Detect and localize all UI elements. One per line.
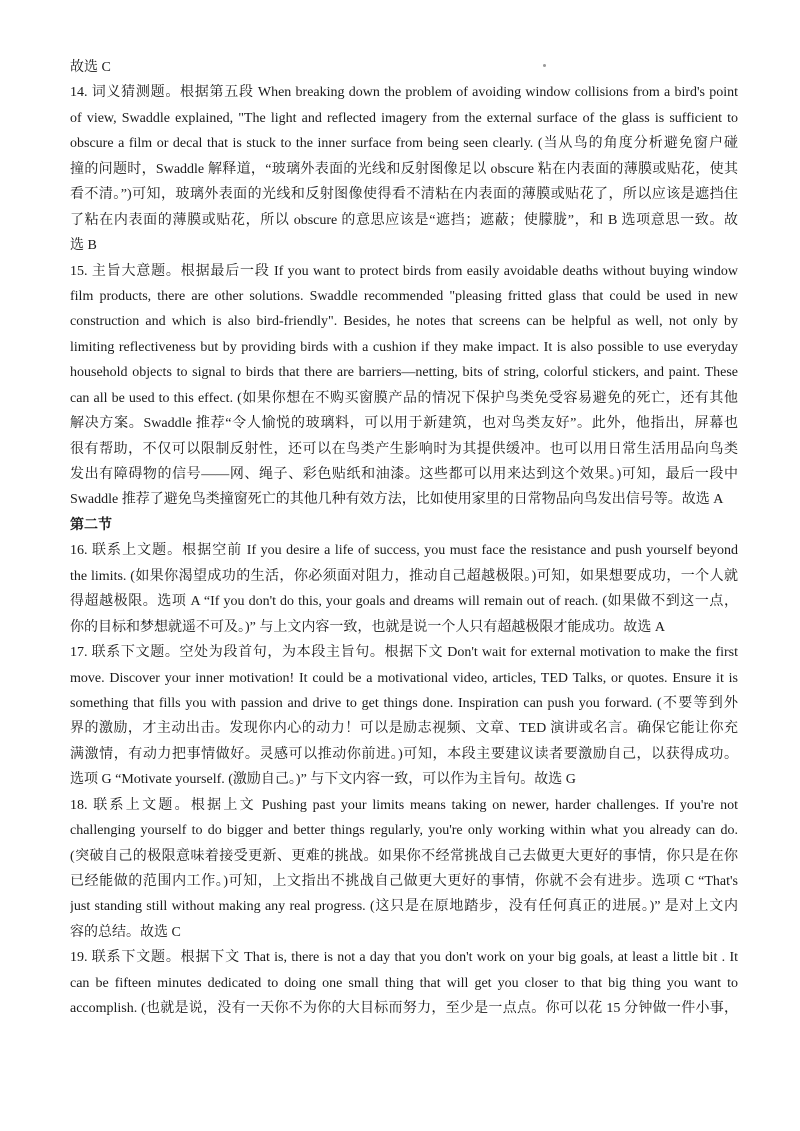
item-14-explanation: 14. 词义猜测题。根据第五段 When breaking down the p… [70,80,738,258]
item-15-explanation: 15. 主旨大意题。根据最后一段 If you want to protect … [70,259,738,513]
text-line: limiting reflectiveness but by providing… [70,335,738,360]
document-content: 故选 C14. 词义猜测题。根据第五段 When breaking down t… [70,55,738,1022]
document-page: 故选 C14. 词义猜测题。根据第五段 When breaking down t… [0,0,800,1131]
text-line: 第二节 [70,513,738,538]
item-18-explanation: 18. 联系上文题。根据上文 Pushing past your limits … [70,793,738,946]
section-2-heading: 第二节 [70,513,738,538]
text-line: (突破自己的极限意味着接受更新、更难的挑战。如果你不经常挑战自己去做更大更好的事… [70,844,738,869]
text-line: 已经能做的范围内工作。)可知，上文指出不挑战自己做更大更好的事情，你就不会有进步… [70,869,738,894]
text-line: 17. 联系下文题。空处为段首句，为本段主旨句。根据下文 Don't wait … [70,640,738,665]
text-line: 16. 联系上文题。根据空前 If you desire a life of s… [70,538,738,563]
text-line: 了粘在内表面的薄膜或贴花，所以 obscure 的意思应该是“遮挡；遮蔽；使朦胧… [70,208,738,233]
text-line: Swaddle 推荐了避免鸟类撞窗死亡的其他几种有效方法，比如使用家里的日常物品… [70,487,738,512]
text-line: just standing still without making any r… [70,894,738,919]
text-line: 选项 G “Motivate yourself. (激励自己。)” 与下文内容一… [70,767,738,792]
text-line: construction and which is also bird-frie… [70,309,738,334]
text-line: obscure a film or decal that is stuck to… [70,131,738,156]
text-line: 故选 C [70,55,738,80]
item-17-explanation: 17. 联系下文题。空处为段首句，为本段主旨句。根据下文 Don't wait … [70,640,738,793]
text-line: 14. 词义猜测题。根据第五段 When breaking down the p… [70,80,738,105]
text-line: 很有帮助，不仅可以限制反射性，还可以在鸟类产生影响时为其提供缓冲。也可以用日常生… [70,437,738,462]
answer-line-previous-item: 故选 C [70,55,738,80]
text-line: 界的激励，才主动出击。发现你内心的动力！可以是励志视频、文章、TED 演讲或名言… [70,716,738,741]
text-line: the limits. (如果你渴望成功的生活，你必须面对阻力，推动自己超越极限… [70,564,738,589]
text-line: 得超越极限。选项 A “If you don't do this, your g… [70,589,738,614]
text-line: challenging yourself to do bigger and be… [70,818,738,843]
text-line: can be fifteen minutes dedicated to doin… [70,971,738,996]
text-line: accomplish. (也就是说，没有一天你不为你的大目标而努力，至少是一点点… [70,996,738,1021]
text-line: 满激情，有动力把事情做好。灵感可以推动你前进。)可知，本段主要建议读者要激励自己… [70,742,738,767]
text-line: can all be used to this effect. (如果你想在不购… [70,386,738,411]
item-19-explanation: 19. 联系下文题。根据下文 That is, there is not a d… [70,945,738,1021]
text-line: 容的总结。故选 C [70,920,738,945]
text-line: film products, there are other solutions… [70,284,738,309]
text-line: 你的目标和梦想就遥不可及。)” 与上文内容一致，也就是说一个人只有超越极限才能成… [70,615,738,640]
text-line: 15. 主旨大意题。根据最后一段 If you want to protect … [70,259,738,284]
text-line: move. Discover your inner motivation! It… [70,666,738,691]
text-line: something that fills you with passion an… [70,691,738,716]
text-line: 发出有障碍物的信号——网、绳子、彩色贴纸和油漆。这些都可以用来达到这个效果。)可… [70,462,738,487]
text-line: household objects to signal to birds tha… [70,360,738,385]
text-line: of view, Swaddle explained, "The light a… [70,106,738,131]
text-line: 撞的问题时，Swaddle 解释道，“玻璃外表面的光线和反射图像足以 obscu… [70,157,738,182]
item-16-explanation: 16. 联系上文题。根据空前 If you desire a life of s… [70,538,738,640]
text-line: 18. 联系上文题。根据上文 Pushing past your limits … [70,793,738,818]
text-line: 解决方案。Swaddle 推荐“令人愉悦的玻璃料，可以用于新建筑，也对鸟类友好”… [70,411,738,436]
text-line: 选 B [70,233,738,258]
text-line: 19. 联系下文题。根据下文 That is, there is not a d… [70,945,738,970]
text-line: 看不清。”)可知，玻璃外表面的光线和反射图像使得看不清粘在内表面的薄膜或贴花了，… [70,182,738,207]
